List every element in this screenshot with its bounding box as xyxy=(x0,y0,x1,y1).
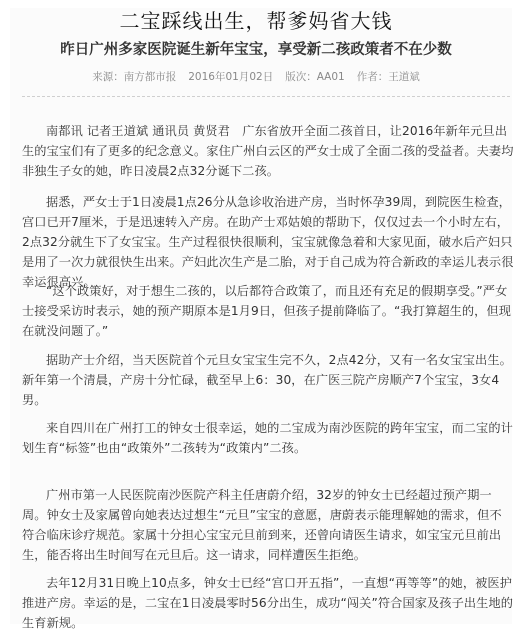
divider xyxy=(22,96,510,97)
meta-source: 来源：南方都市报 xyxy=(92,71,176,83)
meta-date: 2016年01月02日 xyxy=(188,71,273,83)
paragraph-3: “这个政策好，对于想生二孩的，以后都符合政策了，而且还有充足的假期享受。”严女士… xyxy=(22,281,514,341)
paragraph-1: 南都讯 记者王道斌 通讯员 黄贤君 广东省放开全面二孩首日，让2016年新年元旦… xyxy=(22,121,514,181)
article-subtitle: 昨日广州多家医院诞生新年宝宝，享受新二孩政策者不在少数 xyxy=(0,40,512,60)
meta-edition: 版次：AA01 xyxy=(285,71,345,83)
article-title: 二宝踩线出生，帮爹妈省大钱 xyxy=(0,8,512,34)
article-meta: 来源：南方都市报2016年01月02日版次：AA01作者：王道斌 xyxy=(0,70,512,84)
meta-author: 作者：王道斌 xyxy=(357,71,420,83)
paragraph-4: 据助产士介绍，当天医院首个元旦女宝宝生完不久，2点42分，又有一名女宝宝出生。新… xyxy=(22,350,514,410)
paragraph-2: 据悉，严女士于1日凌晨1点26分从急诊收治进产房，当时怀孕39周，到院医生检查，… xyxy=(22,192,514,292)
paragraph-5: 来自四川在广州打工的钟女士很幸运，她的二宝成为南沙医院的跨年宝宝，而二宝的计划生… xyxy=(22,418,514,458)
paragraph-6: 广州市第一人民医院南沙医院产科主任唐蔚介绍，32岁的钟女士已经超过预产期一周。钟… xyxy=(22,485,514,565)
paragraph-7: 去年12月31日晚上10点多，钟女士已经“宫口开五指”，一直想“再等等”的她，被… xyxy=(22,573,514,630)
